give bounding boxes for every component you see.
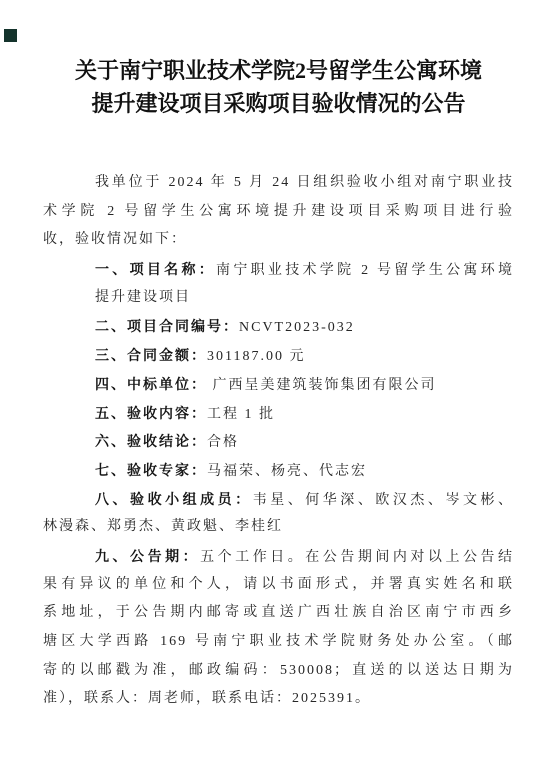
line-item8-acceptance-team: 八、验收小组成员：韦星、何华深、欧汉杰、岑文彬、 — [43, 485, 514, 514]
title-line-1: 关于南宁职业技术学院2号留学生公寓环境 — [43, 54, 514, 87]
item7-label: 七、验收专家： — [95, 462, 207, 478]
line-item4-winning-bidder: 四、中标单位： 广西呈美建筑装饰集团有限公司 — [43, 370, 514, 399]
line-item9-continuation-1: 果有异议的单位和个人，请以书面形式，并署真实姓名和联 — [43, 571, 514, 600]
item6-label: 六、验收结论： — [95, 433, 207, 449]
line-text: 工程 1 批 — [207, 407, 275, 422]
document-page: 关于南宁职业技术学院2号留学生公寓环境 提升建设项目采购项目验收情况的公告 我单… — [0, 0, 557, 770]
line-text: 收，验收情况如下： — [43, 232, 187, 247]
line-text: 塘区大学西路 169 号南宁职业技术学院财务处办公室。（邮 — [43, 634, 514, 649]
line-item9-continuation-4: 寄的以邮戳为准，邮政编码：530008；直送的以送达日期为 — [43, 657, 514, 686]
item8-label: 八、验收小组成员： — [95, 491, 253, 507]
line-item7-acceptance-experts: 七、验收专家：马福荣、杨亮、代志宏 — [43, 456, 514, 485]
item9-label: 九、公告期： — [95, 548, 200, 564]
corner-mark — [4, 29, 17, 42]
item1-label: 一、项目名称： — [95, 261, 216, 277]
title-line-2: 提升建设项目采购项目验收情况的公告 — [43, 87, 514, 120]
line-item8-continuation: 林漫森、郑勇杰、黄政魁、李桂红 — [43, 513, 514, 542]
line-text: 301187.00 元 — [207, 349, 305, 364]
line-text: 南宁职业技术学院 2 号留学生公寓环境 — [216, 263, 514, 278]
item5-label: 五、验收内容： — [95, 405, 207, 421]
line-intro-3: 收，验收情况如下： — [43, 226, 514, 255]
line-item5-acceptance-content: 五、验收内容：工程 1 批 — [43, 399, 514, 428]
line-text: NCVT2023-032 — [239, 320, 355, 335]
line-item9-announcement-period: 九、公告期：五个工作日。在公告期间内对以上公告结 — [43, 542, 514, 571]
line-text: 马福荣、杨亮、代志宏 — [207, 464, 367, 479]
line-item9-continuation-2: 系地址，于公告期内邮寄或直送广西壮族自治区南宁市西乡 — [43, 599, 514, 628]
line-item9-continuation-3: 塘区大学西路 169 号南宁职业技术学院财务处办公室。（邮 — [43, 628, 514, 657]
item2-label: 二、项目合同编号： — [95, 318, 239, 334]
line-intro-1: 我单位于 2024 年 5 月 24 日组织验收小组对南宁职业技 — [43, 169, 514, 198]
line-text: 术学院 2 号留学生公寓环境提升建设项目采购项目进行验 — [43, 204, 514, 219]
line-text: 提升建设项目 — [95, 290, 191, 305]
line-item1-continuation: 提升建设项目 — [43, 284, 514, 313]
line-item2-contract-number: 二、项目合同编号：NCVT2023-032 — [43, 312, 514, 341]
line-text: 我单位于 2024 年 5 月 24 日组织验收小组对南宁职业技 — [95, 175, 514, 190]
line-item3-contract-amount: 三、合同金额：301187.00 元 — [43, 341, 514, 370]
line-text: 合格 — [207, 435, 239, 450]
line-text: 果有异议的单位和个人，请以书面形式，并署真实姓名和联 — [43, 577, 514, 592]
line-item1-project-name: 一、项目名称：南宁职业技术学院 2 号留学生公寓环境 — [43, 255, 514, 284]
line-item6-acceptance-conclusion: 六、验收结论：合格 — [43, 427, 514, 456]
line-text: 五个工作日。在公告期间内对以上公告结 — [200, 550, 514, 565]
item4-label: 四、中标单位： — [95, 376, 207, 392]
line-text: 韦星、何华深、欧汉杰、岑文彬、 — [253, 493, 514, 508]
line-text: 准），联系人：周老师，联系电话：2025391。 — [43, 691, 371, 706]
line-intro-2: 术学院 2 号留学生公寓环境提升建设项目采购项目进行验 — [43, 198, 514, 227]
document-body: 我单位于 2024 年 5 月 24 日组织验收小组对南宁职业技 术学院 2 号… — [43, 169, 514, 714]
line-text: 林漫森、郑勇杰、黄政魁、李桂红 — [43, 519, 283, 534]
line-text: 系地址，于公告期内邮寄或直送广西壮族自治区南宁市西乡 — [43, 605, 514, 620]
line-text: 寄的以邮戳为准，邮政编码：530008；直送的以送达日期为 — [43, 663, 514, 678]
line-item9-continuation-5: 准），联系人：周老师，联系电话：2025391。 — [43, 685, 514, 714]
line-text: 广西呈美建筑装饰集团有限公司 — [207, 378, 437, 393]
item3-label: 三、合同金额： — [95, 347, 207, 363]
document-title: 关于南宁职业技术学院2号留学生公寓环境 提升建设项目采购项目验收情况的公告 — [43, 54, 514, 120]
